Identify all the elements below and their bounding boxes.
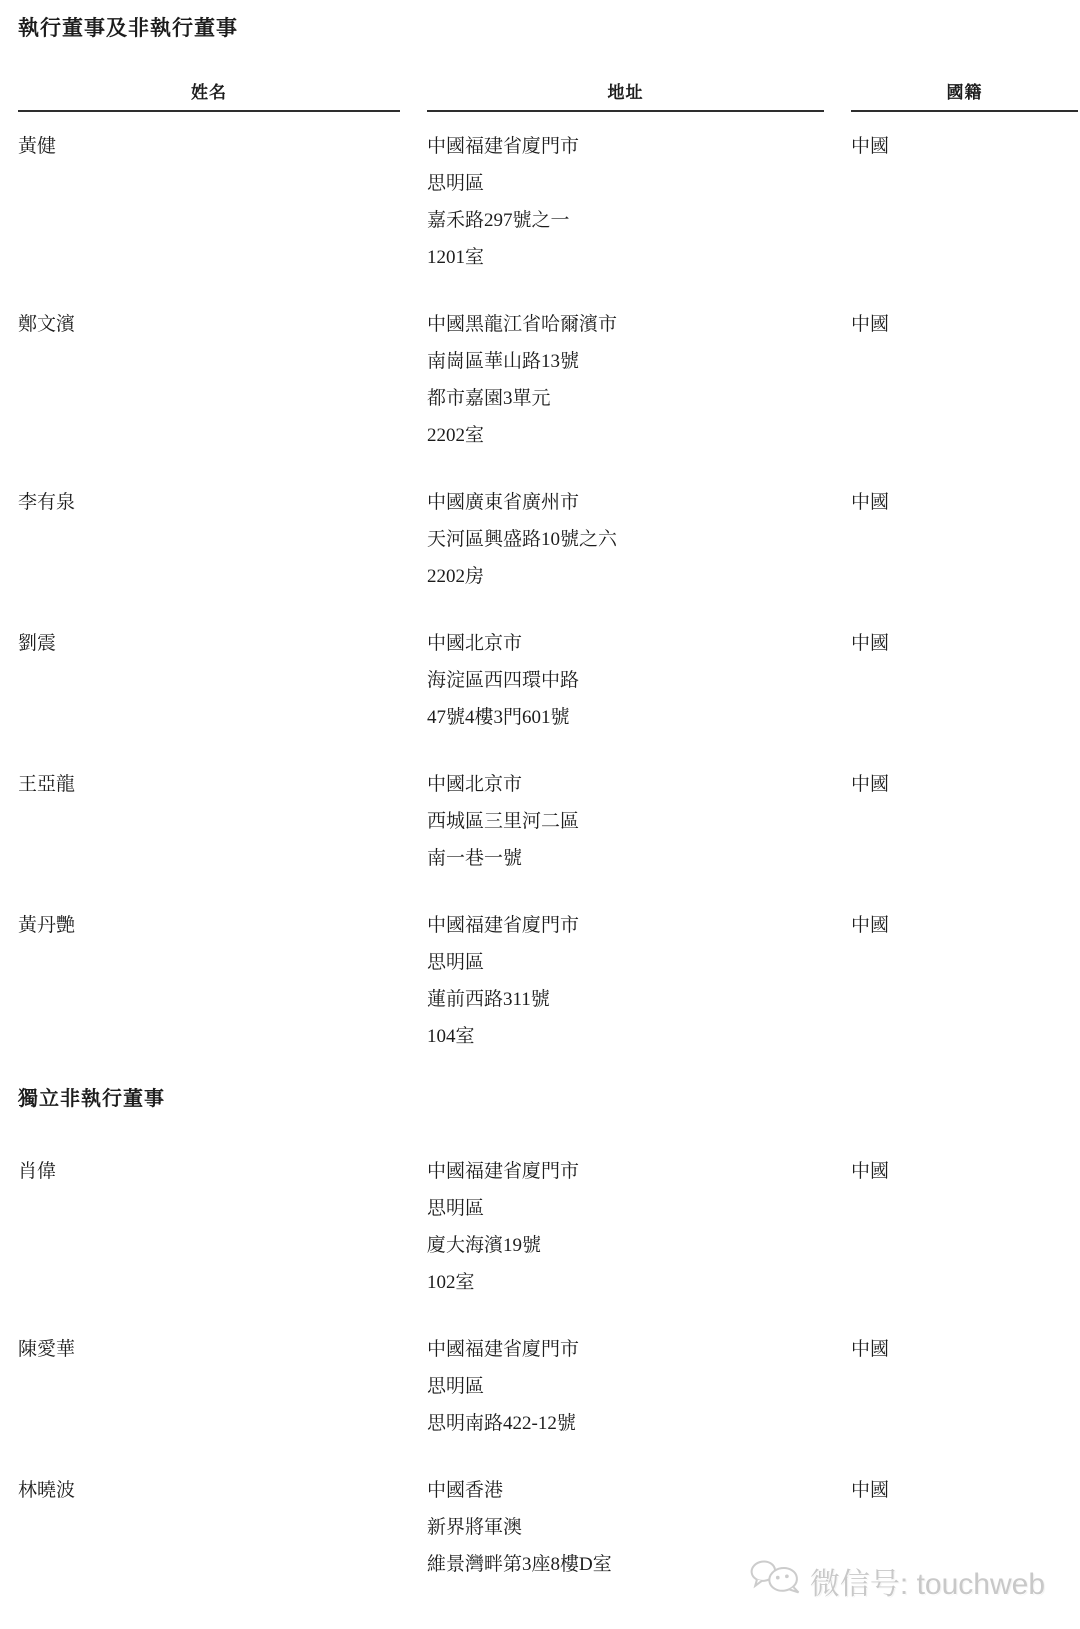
watermark-text: 微信号: touchweb <box>810 1559 1045 1603</box>
section-heading-executive: 執行董事及非執行董事 <box>18 14 1080 42</box>
address-line: 中國福建省廈門市 <box>427 1153 824 1190</box>
director-name: 黃健 <box>18 128 400 276</box>
column-header-name: 姓名 <box>18 78 400 112</box>
address-line: 102室 <box>427 1264 824 1301</box>
column-header-address: 地址 <box>427 78 824 112</box>
director-nationality: 中國 <box>851 1331 1078 1442</box>
address-line: 思明區 <box>427 165 824 202</box>
director-address: 中國廣東省廣州市 天河區興盛路10號之六 2202房 <box>427 484 824 595</box>
director-nationality: 中國 <box>851 907 1078 1055</box>
director-address: 中國黑龍江省哈爾濱市 南崗區華山路13號 都市嘉園3單元 2202室 <box>427 306 824 454</box>
director-name: 林曉波 <box>18 1472 400 1583</box>
address-line: 都市嘉園3單元 <box>427 380 824 417</box>
director-name: 劉震 <box>18 625 400 736</box>
address-line: 2202室 <box>427 417 824 454</box>
table-row: 王亞龍 中國北京市 西城區三里河二區 南一巷一號 中國 <box>18 766 1078 877</box>
address-line: 廈大海濱19號 <box>427 1227 824 1264</box>
table-row: 黃健 中國福建省廈門市 思明區 嘉禾路297號之一 1201室 中國 <box>18 128 1078 276</box>
address-line: 南崗區華山路13號 <box>427 343 824 380</box>
director-address: 中國福建省廈門市 思明區 嘉禾路297號之一 1201室 <box>427 128 824 276</box>
address-line: 中國香港 <box>427 1472 824 1509</box>
address-line: 嘉禾路297號之一 <box>427 202 824 239</box>
address-line: 西城區三里河二區 <box>427 803 824 840</box>
section-heading-independent: 獨立非執行董事 <box>18 1085 1080 1113</box>
director-name: 黃丹艷 <box>18 907 400 1055</box>
director-nationality: 中國 <box>851 128 1078 276</box>
table-row: 鄭文濱 中國黑龍江省哈爾濱市 南崗區華山路13號 都市嘉園3單元 2202室 中… <box>18 306 1078 454</box>
director-nationality: 中國 <box>851 766 1078 877</box>
director-address: 中國福建省廈門市 思明區 思明南路422-12號 <box>427 1331 824 1442</box>
address-line: 中國黑龍江省哈爾濱市 <box>427 306 824 343</box>
director-nationality: 中國 <box>851 1153 1078 1301</box>
director-nationality: 中國 <box>851 306 1078 454</box>
table-row: 陳愛華 中國福建省廈門市 思明區 思明南路422-12號 中國 <box>18 1331 1078 1442</box>
address-line: 思明區 <box>427 944 824 981</box>
address-line: 中國北京市 <box>427 766 824 803</box>
address-line: 蓮前西路311號 <box>427 981 824 1018</box>
address-line: 中國福建省廈門市 <box>427 907 824 944</box>
address-line: 104室 <box>427 1018 824 1055</box>
address-line: 南一巷一號 <box>427 840 824 877</box>
director-name: 鄭文濱 <box>18 306 400 454</box>
address-line: 思明區 <box>427 1190 824 1227</box>
director-address: 中國北京市 海淀區西四環中路 47號4樓3門601號 <box>427 625 824 736</box>
address-line: 新界將軍澳 <box>427 1509 824 1546</box>
director-name: 肖偉 <box>18 1153 400 1301</box>
director-name: 陳愛華 <box>18 1331 400 1442</box>
column-header-nationality: 國籍 <box>851 78 1078 112</box>
director-name: 王亞龍 <box>18 766 400 877</box>
address-line: 中國福建省廈門市 <box>427 128 824 165</box>
address-line: 海淀區西四環中路 <box>427 662 824 699</box>
address-line: 思明南路422-12號 <box>427 1405 824 1442</box>
table-row: 李有泉 中國廣東省廣州市 天河區興盛路10號之六 2202房 中國 <box>18 484 1078 595</box>
wechat-icon <box>750 1555 802 1607</box>
director-address: 中國福建省廈門市 思明區 廈大海濱19號 102室 <box>427 1153 824 1301</box>
director-address: 中國北京市 西城區三里河二區 南一巷一號 <box>427 766 824 877</box>
address-line: 中國福建省廈門市 <box>427 1331 824 1368</box>
watermark: 微信号: touchweb <box>750 1555 1045 1607</box>
address-line: 中國廣東省廣州市 <box>427 484 824 521</box>
address-line: 中國北京市 <box>427 625 824 662</box>
table-row: 劉震 中國北京市 海淀區西四環中路 47號4樓3門601號 中國 <box>18 625 1078 736</box>
director-address: 中國福建省廈門市 思明區 蓮前西路311號 104室 <box>427 907 824 1055</box>
table-row: 黃丹艷 中國福建省廈門市 思明區 蓮前西路311號 104室 中國 <box>18 907 1078 1055</box>
address-line: 2202房 <box>427 558 824 595</box>
director-nationality: 中國 <box>851 484 1078 595</box>
address-line: 天河區興盛路10號之六 <box>427 521 824 558</box>
document-page: 執行董事及非執行董事 姓名 地址 國籍 黃健 中國福建省廈門市 思明區 嘉禾路2… <box>0 0 1080 1583</box>
address-line: 47號4樓3門601號 <box>427 699 824 736</box>
director-name: 李有泉 <box>18 484 400 595</box>
address-line: 1201室 <box>427 239 824 276</box>
address-line: 思明區 <box>427 1368 824 1405</box>
director-nationality: 中國 <box>851 625 1078 736</box>
table-row: 肖偉 中國福建省廈門市 思明區 廈大海濱19號 102室 中國 <box>18 1153 1078 1301</box>
table-header-row: 姓名 地址 國籍 <box>18 78 1078 112</box>
